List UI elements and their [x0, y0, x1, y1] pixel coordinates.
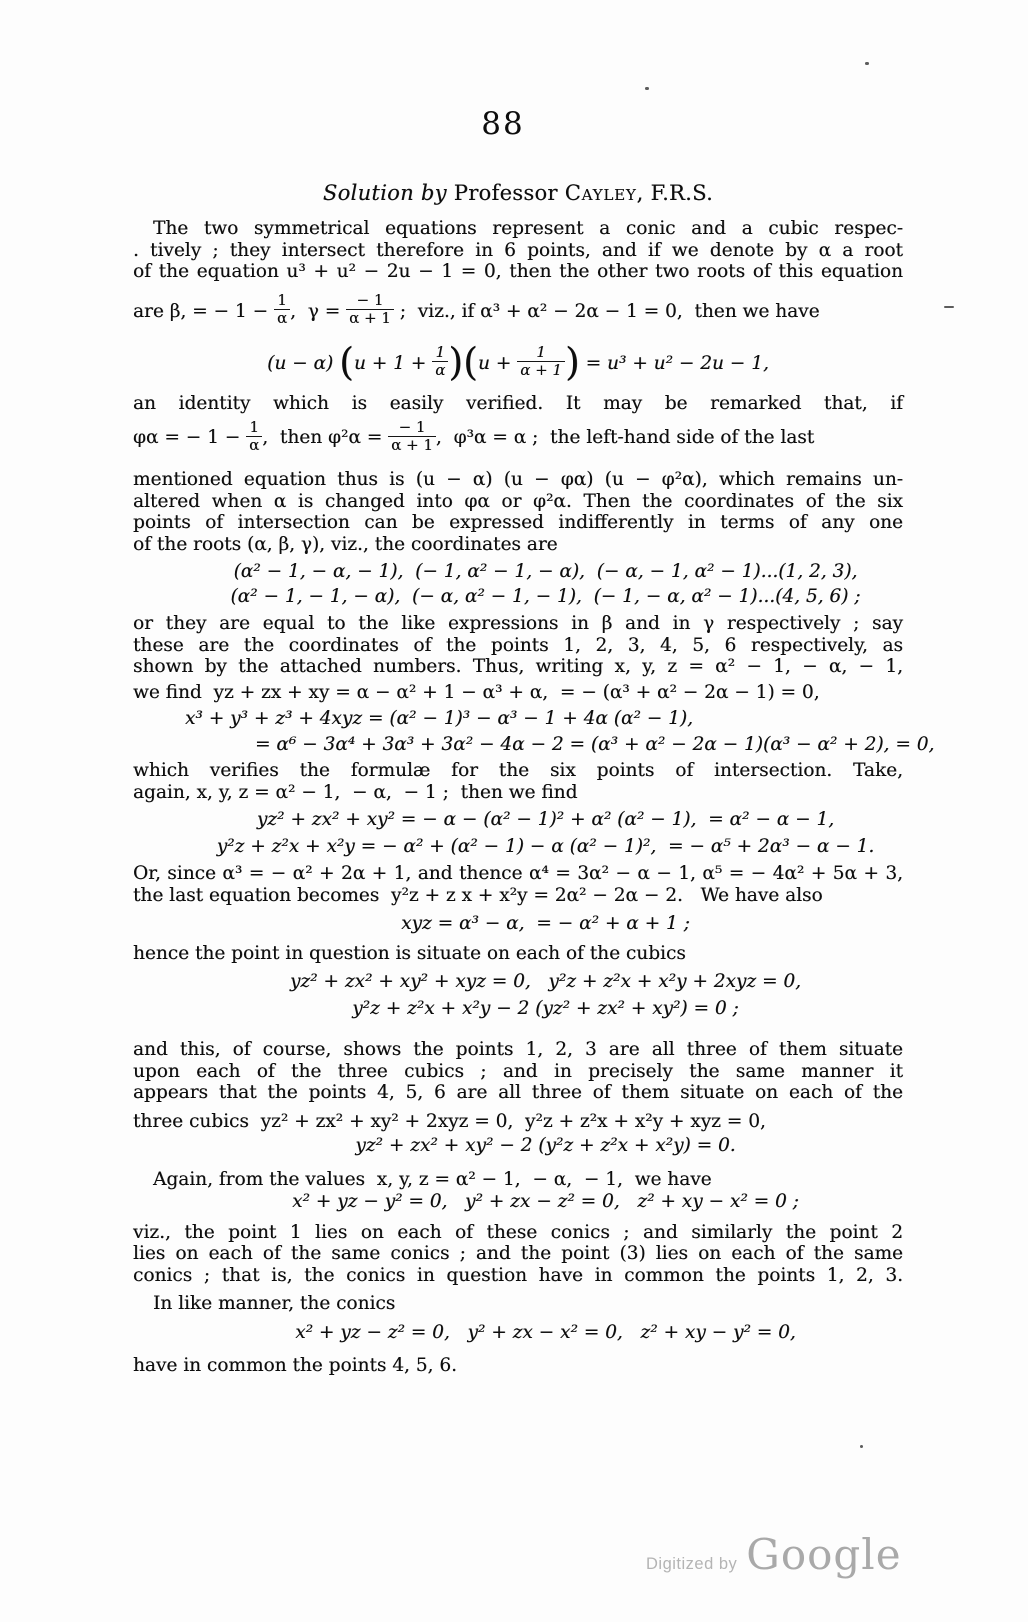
text-line: y²z + z²x + x²y = − α² + (α² − 1) − α (α… — [133, 836, 903, 858]
text-line: the last equation becomes y²z + z x + x²… — [133, 885, 903, 907]
text-line: yz² + zx² + xy² = − α − (α² − 1)² + α² (… — [133, 809, 903, 831]
text-line: yz² + zx² + xy² + xyz = 0, y²z + z²x + x… — [133, 971, 903, 993]
text-line: In like manner, the conics — [133, 1293, 903, 1315]
fraction-numerator: − 1 — [388, 419, 436, 437]
equation-fragment: , then φ²α = — [262, 427, 388, 448]
fraction-denominator: α — [432, 362, 448, 379]
text-line: mentioned equation thus is (u − α) (u − … — [133, 469, 903, 491]
roots-equation-line: are β, = − 1 − 1α, γ = − 1α + 1 ; viz., … — [133, 288, 903, 335]
fraction-denominator: α + 1 — [517, 362, 565, 379]
text-line: appears that the points 4, 5, 6 are all … — [133, 1082, 903, 1104]
fraction-denominator: α — [246, 437, 262, 454]
ink-speck — [645, 87, 649, 90]
text-line: x² + yz − y² = 0, y² + zx − z² = 0, z² +… — [133, 1191, 903, 1213]
text-line: lies on each of the same conics ; and th… — [133, 1243, 903, 1265]
heading-author-name: Cayley — [565, 181, 637, 205]
fraction-numerator: 1 — [274, 292, 290, 310]
fraction-denominator: α + 1 — [388, 437, 436, 454]
article-body: The two symmetrical equations represent … — [133, 218, 903, 1377]
text-line: shown by the attached numbers. Thus, wri… — [133, 656, 903, 678]
page-number: 88 — [0, 106, 1006, 142]
text-line: y²z + z²x + x²y − 2 (yz² + zx² + xy²) = … — [133, 998, 903, 1020]
ink-speck — [860, 1445, 863, 1448]
paragraph-identity: an identity which is easily verified. It… — [133, 393, 903, 415]
text-line: yz² + zx² + xy² − 2 (y²z + z²x + x²y) = … — [133, 1135, 903, 1157]
big-paren-open: ( — [339, 340, 354, 384]
identity-display-equation: (u − α) (u + 1 + 1α)(u + 1α + 1) = u³ + … — [133, 337, 903, 391]
fraction: 1α — [274, 292, 290, 327]
big-paren-open: ( — [463, 340, 478, 384]
text-line: Again, from the values x, y, z = α² − 1,… — [133, 1169, 903, 1191]
fraction: 1α — [246, 419, 262, 454]
fraction-numerator: 1 — [432, 344, 448, 362]
equation-fragment: u + 1 + — [354, 353, 432, 374]
fraction: 1α — [432, 344, 448, 379]
solution-heading: Solution by Professor Cayley, F.R.S. — [133, 181, 903, 205]
paragraph-main: mentioned equation thus is (u − α) (u − … — [133, 469, 903, 1377]
text-line: we find yz + zx + xy = α − α² + 1 − α³ +… — [133, 682, 903, 704]
text-line: viz., the point 1 lies on each of these … — [133, 1222, 903, 1244]
text-line: three cubics yz² + zx² + xy² + 2xyz = 0,… — [133, 1111, 903, 1133]
heading-professor: Professor — [447, 181, 565, 205]
equation-fragment: , γ = — [290, 301, 346, 322]
equation-fragment: φα = − 1 − — [133, 427, 246, 448]
phi-equation-line: φα = − 1 − 1α, then φ²α = − 1α + 1, φ³α … — [133, 414, 903, 461]
text-line: of the roots (α, β, γ), viz., the coordi… — [133, 534, 903, 556]
text-line: (α² − 1, − 1, − α), (− α, α² − 1, − 1), … — [133, 586, 903, 608]
fraction-denominator: α — [274, 310, 290, 327]
text-line: again, x, y, z = α² − 1, − α, − 1 ; then… — [133, 782, 903, 804]
equation-fragment: are β, = − 1 − — [133, 301, 274, 322]
ink-speck — [944, 306, 954, 308]
text-line: . tively ; they intersect therefore in 6… — [133, 240, 903, 262]
big-paren-close: ) — [448, 340, 463, 384]
text-line: xyz = α³ − α, = − α² + α + 1 ; — [133, 913, 903, 935]
equation-fragment: = u³ + u² − 2u − 1, — [580, 353, 769, 374]
text-line: = α⁶ − 3α⁴ + 3α³ + 3α² − 4α − 2 = (α³ + … — [133, 734, 903, 756]
text-line: altered when α is changed into φα or φ²α… — [133, 491, 903, 513]
scanned-journal-page: 88 Solution by Professor Cayley, F.R.S. … — [0, 0, 1028, 1622]
text-line: x³ + y³ + z³ + 4xyz = (α² − 1)³ − α³ − 1… — [133, 708, 903, 730]
heading-solution-by: Solution by — [323, 181, 447, 205]
text-line: and this, of course, shows the points 1,… — [133, 1039, 903, 1061]
text-line: The two symmetrical equations represent … — [133, 218, 903, 240]
text-line: of the equation u³ + u² − 2u − 1 = 0, th… — [133, 261, 903, 283]
fraction-numerator: − 1 — [346, 292, 394, 310]
text-line: hence the point in question is situate o… — [133, 943, 903, 965]
text-line: or they are equal to the like expression… — [133, 613, 903, 635]
equation-fragment: , φ³α = α ; the left-hand side of the la… — [436, 427, 814, 448]
equation-fragment: (u − α) — [267, 353, 339, 374]
text-line: which verifies the formulæ for the six p… — [133, 760, 903, 782]
equation-fragment: u + — [478, 353, 517, 374]
text-line: have in common the points 4, 5, 6. — [133, 1355, 903, 1377]
big-paren-close: ) — [565, 340, 580, 384]
text-line: an identity which is easily verified. It… — [133, 393, 903, 415]
equation-fragment: ; viz., if α³ + α² − 2α − 1 = 0, then we… — [394, 301, 820, 322]
google-logo: Google — [746, 1530, 901, 1579]
fraction-numerator: 1 — [246, 419, 262, 437]
fraction-denominator: α + 1 — [346, 310, 394, 327]
paragraph-intro: The two symmetrical equations represent … — [133, 218, 903, 283]
text-line: x² + yz − z² = 0, y² + zx − x² = 0, z² +… — [133, 1322, 903, 1344]
text-line: points of intersection can be expressed … — [133, 512, 903, 534]
ink-speck — [865, 62, 869, 65]
text-line: these are the coordinates of the points … — [133, 635, 903, 657]
watermark: Digitized byGoogle — [646, 1530, 902, 1579]
fraction: − 1α + 1 — [388, 419, 436, 454]
text-line: Or, since α³ = − α² + 2α + 1, and thence… — [133, 863, 903, 885]
fraction: − 1α + 1 — [346, 292, 394, 327]
fraction-numerator: 1 — [517, 344, 565, 362]
text-line: (α² − 1, − α, − 1), (− 1, α² − 1, − α), … — [133, 561, 903, 583]
watermark-digitized-by: Digitized by — [646, 1555, 737, 1574]
fraction: 1α + 1 — [517, 344, 565, 379]
text-line: upon each of the three cubics ; and in p… — [133, 1061, 903, 1083]
text-line: conics ; that is, the conics in question… — [133, 1265, 903, 1287]
heading-honorific: , F.R.S. — [637, 181, 714, 205]
